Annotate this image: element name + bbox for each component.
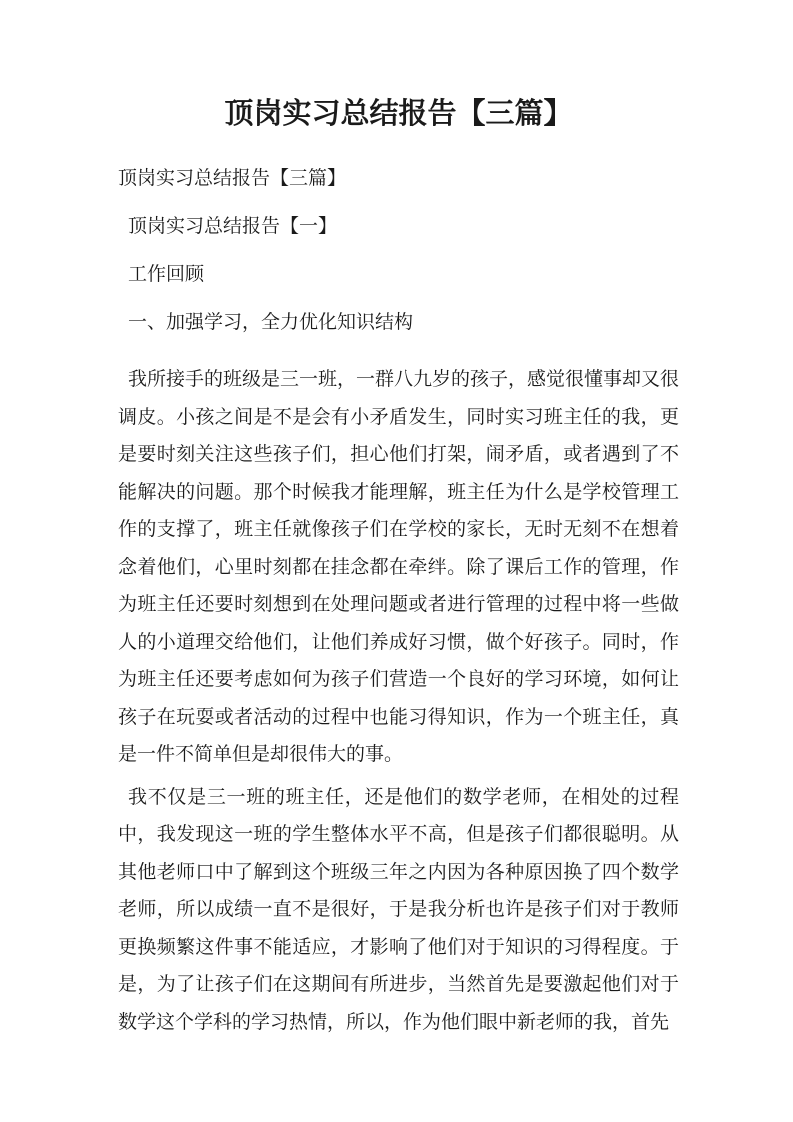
body-paragraph-1: 我所接手的班级是三一班，一群八九岁的孩子，感觉很懂事却又很调皮。小孩之间是不是会… [118,361,679,774]
subtitle-line: 顶岗实习总结报告【三篇】 [118,160,679,197]
point-one-heading: 一、加强学习，全力优化知识结构 [118,304,679,341]
body-paragraph-2: 我不仅是三一班的班主任，还是他们的数学老师，在相处的过程中，我发现这一班的学生整… [118,779,679,1042]
section-heading: 顶岗实习总结报告【一】 [118,208,679,245]
work-review-heading: 工作回顾 [118,256,679,293]
document-page: 顶岗实习总结报告【三篇】 顶岗实习总结报告【三篇】 顶岗实习总结报告【一】 工作… [0,0,793,1122]
document-title: 顶岗实习总结报告【三篇】 [118,92,679,134]
